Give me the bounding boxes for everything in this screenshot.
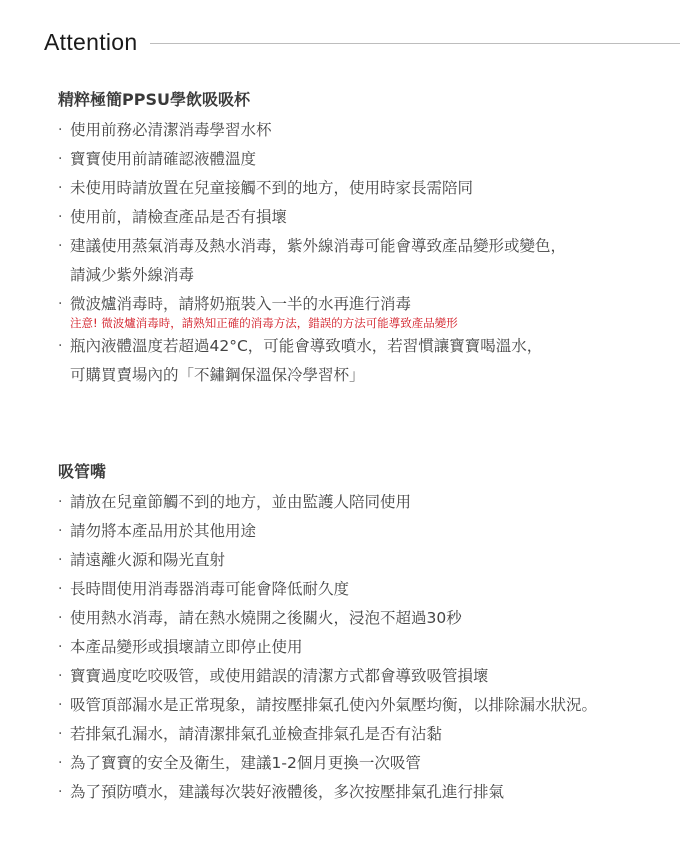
cup-precautions-list: ·使用前務必清潔消毒學習水杯 ·寶寶使用前請確認液體溫度 ·未使用時請放置在兒童…	[58, 116, 680, 390]
item-text: 使用前，請檢查產品是否有損壞	[70, 208, 287, 226]
bullet-dot-icon: ·	[58, 290, 62, 319]
list-item: ·為了預防噴水，建議每次裝好液體後，多次按壓排氣孔進行排氣	[58, 778, 680, 807]
section-title: 精粹極簡PPSU學飲吸吸杯	[58, 88, 680, 112]
list-item: ·微波爐消毒時，請將奶瓶裝入一半的水再進行消毒注意! 微波爐消毒時，請熟知正確的…	[58, 290, 680, 330]
list-item: ·使用前務必清潔消毒學習水杯	[58, 116, 680, 145]
bullet-dot-icon: ·	[58, 116, 62, 145]
item-text: 建議使用蒸氣消毒及熱水消毒，紫外線消毒可能會導致產品變形或變色，	[70, 237, 566, 255]
list-item: ·請放在兒童節觸不到的地方，並由監護人陪同使用	[58, 488, 680, 517]
bullet-dot-icon: ·	[58, 633, 62, 662]
page-title: Attention	[44, 29, 138, 56]
section-title: 吸管嘴	[58, 460, 680, 484]
bullet-dot-icon: ·	[58, 749, 62, 778]
list-item: ·為了寶寶的安全及衛生，建議1-2個月更換一次吸管	[58, 749, 680, 778]
list-item: ·請遠離火源和陽光直射	[58, 546, 680, 575]
attention-header: Attention	[44, 26, 680, 58]
bullet-dot-icon: ·	[58, 203, 62, 232]
bullet-dot-icon: ·	[58, 720, 62, 749]
bullet-dot-icon: ·	[58, 604, 62, 633]
list-item: ·寶寶過度吃咬吸管，或使用錯誤的清潔方式都會導致吸管損壞	[58, 662, 680, 691]
bullet-dot-icon: ·	[58, 575, 62, 604]
item-text: 若排氣孔漏水，請清潔排氣孔並檢查排氣孔是否有沾黏	[70, 725, 442, 743]
item-text-continuation: 請減少紫外線消毒	[70, 261, 680, 290]
section-cup: 精粹極簡PPSU學飲吸吸杯 ·使用前務必清潔消毒學習水杯 ·寶寶使用前請確認液體…	[58, 88, 680, 390]
item-text: 請遠離火源和陽光直射	[70, 551, 225, 569]
list-item: ·建議使用蒸氣消毒及熱水消毒，紫外線消毒可能會導致產品變形或變色，請減少紫外線消…	[58, 232, 680, 290]
bullet-dot-icon: ·	[58, 778, 62, 807]
item-text: 長時間使用消毒器消毒可能會降低耐久度	[70, 580, 349, 598]
list-item: ·吸管頂部漏水是正常現象，請按壓排氣孔使內外氣壓均衡，以排除漏水狀況。	[58, 691, 680, 720]
warning-note: 注意! 微波爐消毒時，請熟知正確的消毒方法，錯誤的方法可能導致產品變形	[70, 316, 680, 330]
header-divider	[150, 43, 680, 44]
list-item: ·請勿將本產品用於其他用途	[58, 517, 680, 546]
bullet-dot-icon: ·	[58, 517, 62, 546]
straw-precautions-list: ·請放在兒童節觸不到的地方，並由監護人陪同使用 ·請勿將本產品用於其他用途 ·請…	[58, 488, 680, 807]
bullet-dot-icon: ·	[58, 691, 62, 720]
bullet-dot-icon: ·	[58, 145, 62, 174]
item-text: 為了預防噴水，建議每次裝好液體後，多次按壓排氣孔進行排氣	[70, 783, 504, 801]
list-item: ·使用前，請檢查產品是否有損壞	[58, 203, 680, 232]
bullet-dot-icon: ·	[58, 332, 62, 361]
item-text: 微波爐消毒時，請將奶瓶裝入一半的水再進行消毒	[70, 295, 411, 313]
list-item: ·長時間使用消毒器消毒可能會降低耐久度	[58, 575, 680, 604]
list-item: ·若排氣孔漏水，請清潔排氣孔並檢查排氣孔是否有沾黏	[58, 720, 680, 749]
item-text: 請勿將本產品用於其他用途	[70, 522, 256, 540]
item-text: 本產品變形或損壞請立即停止使用	[70, 638, 303, 656]
item-text: 瓶內液體溫度若超過42°C，可能會導致噴水，若習慣讓寶寶喝溫水，	[70, 337, 542, 355]
item-text: 為了寶寶的安全及衛生，建議1-2個月更換一次吸管	[70, 754, 421, 772]
item-text-continuation: 可購買賣場內的「不鏽鋼保溫保冷學習杯」	[70, 361, 680, 390]
item-text: 未使用時請放置在兒童接觸不到的地方，使用時家長需陪同	[70, 179, 473, 197]
list-item: ·未使用時請放置在兒童接觸不到的地方，使用時家長需陪同	[58, 174, 680, 203]
item-text: 使用前務必清潔消毒學習水杯	[70, 121, 272, 139]
list-item: ·使用熱水消毒，請在熱水燒開之後關火，浸泡不超過30秒	[58, 604, 680, 633]
bullet-dot-icon: ·	[58, 232, 62, 261]
bullet-dot-icon: ·	[58, 662, 62, 691]
bullet-dot-icon: ·	[58, 546, 62, 575]
item-text: 寶寶過度吃咬吸管，或使用錯誤的清潔方式都會導致吸管損壞	[70, 667, 489, 685]
section-straw: 吸管嘴 ·請放在兒童節觸不到的地方，並由監護人陪同使用 ·請勿將本產品用於其他用…	[58, 460, 680, 807]
list-item: ·瓶內液體溫度若超過42°C，可能會導致噴水，若習慣讓寶寶喝溫水，可購買賣場內的…	[58, 332, 680, 390]
item-text: 寶寶使用前請確認液體溫度	[70, 150, 256, 168]
item-text: 使用熱水消毒，請在熱水燒開之後關火，浸泡不超過30秒	[70, 609, 462, 627]
list-item: ·本產品變形或損壞請立即停止使用	[58, 633, 680, 662]
item-text: 請放在兒童節觸不到的地方，並由監護人陪同使用	[70, 493, 411, 511]
item-text: 吸管頂部漏水是正常現象，請按壓排氣孔使內外氣壓均衡，以排除漏水狀況。	[70, 696, 597, 714]
list-item: ·寶寶使用前請確認液體溫度	[58, 145, 680, 174]
bullet-dot-icon: ·	[58, 488, 62, 517]
bullet-dot-icon: ·	[58, 174, 62, 203]
